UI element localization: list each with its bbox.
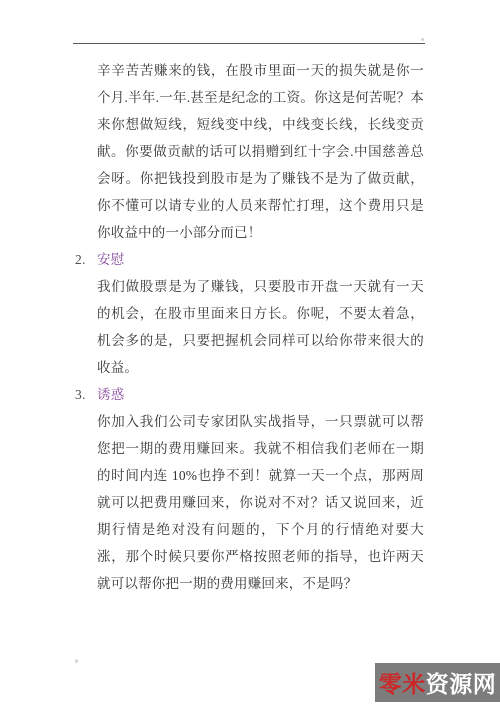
section-heading-3: 3. 诱惑 bbox=[75, 381, 424, 408]
document-body: 辛辛苦苦赚来的钱，在股市里面一天的损失就是你一个月.半年.一年.甚至是纪念的工资… bbox=[75, 57, 424, 597]
section-heading-2: 2. 安慰 bbox=[75, 246, 424, 273]
watermark-badge: 零米资源网 bbox=[375, 663, 500, 702]
section-number: 3. bbox=[75, 381, 97, 408]
section-title: 诱惑 bbox=[97, 381, 124, 408]
intro-paragraph: 辛辛苦苦赚来的钱，在股市里面一天的损失就是你一个月.半年.一年.甚至是纪念的工资… bbox=[97, 57, 424, 246]
watermark-brand-light: 资源网 bbox=[426, 666, 497, 699]
section-number: 2. bbox=[75, 246, 97, 273]
watermark-brand-red: 零米 bbox=[379, 666, 426, 699]
section-paragraph: 我们做股票是为了赚钱，只要股市开盘一天就有一天的机会，在股市里面来日方长。你呢，… bbox=[97, 273, 424, 381]
document-page: 辛辛苦苦赚来的钱，在股市里面一天的损失就是你一个月.半年.一年.甚至是纪念的工资… bbox=[0, 0, 500, 708]
scan-speck bbox=[75, 659, 78, 663]
section-paragraph: 你加入我们公司专家团队实战指导，一只票就可以帮您把一期的费用赚回来。我就不相信我… bbox=[97, 408, 424, 597]
section-title: 安慰 bbox=[97, 246, 124, 273]
header-rule bbox=[73, 43, 425, 44]
scan-speck bbox=[421, 38, 424, 41]
